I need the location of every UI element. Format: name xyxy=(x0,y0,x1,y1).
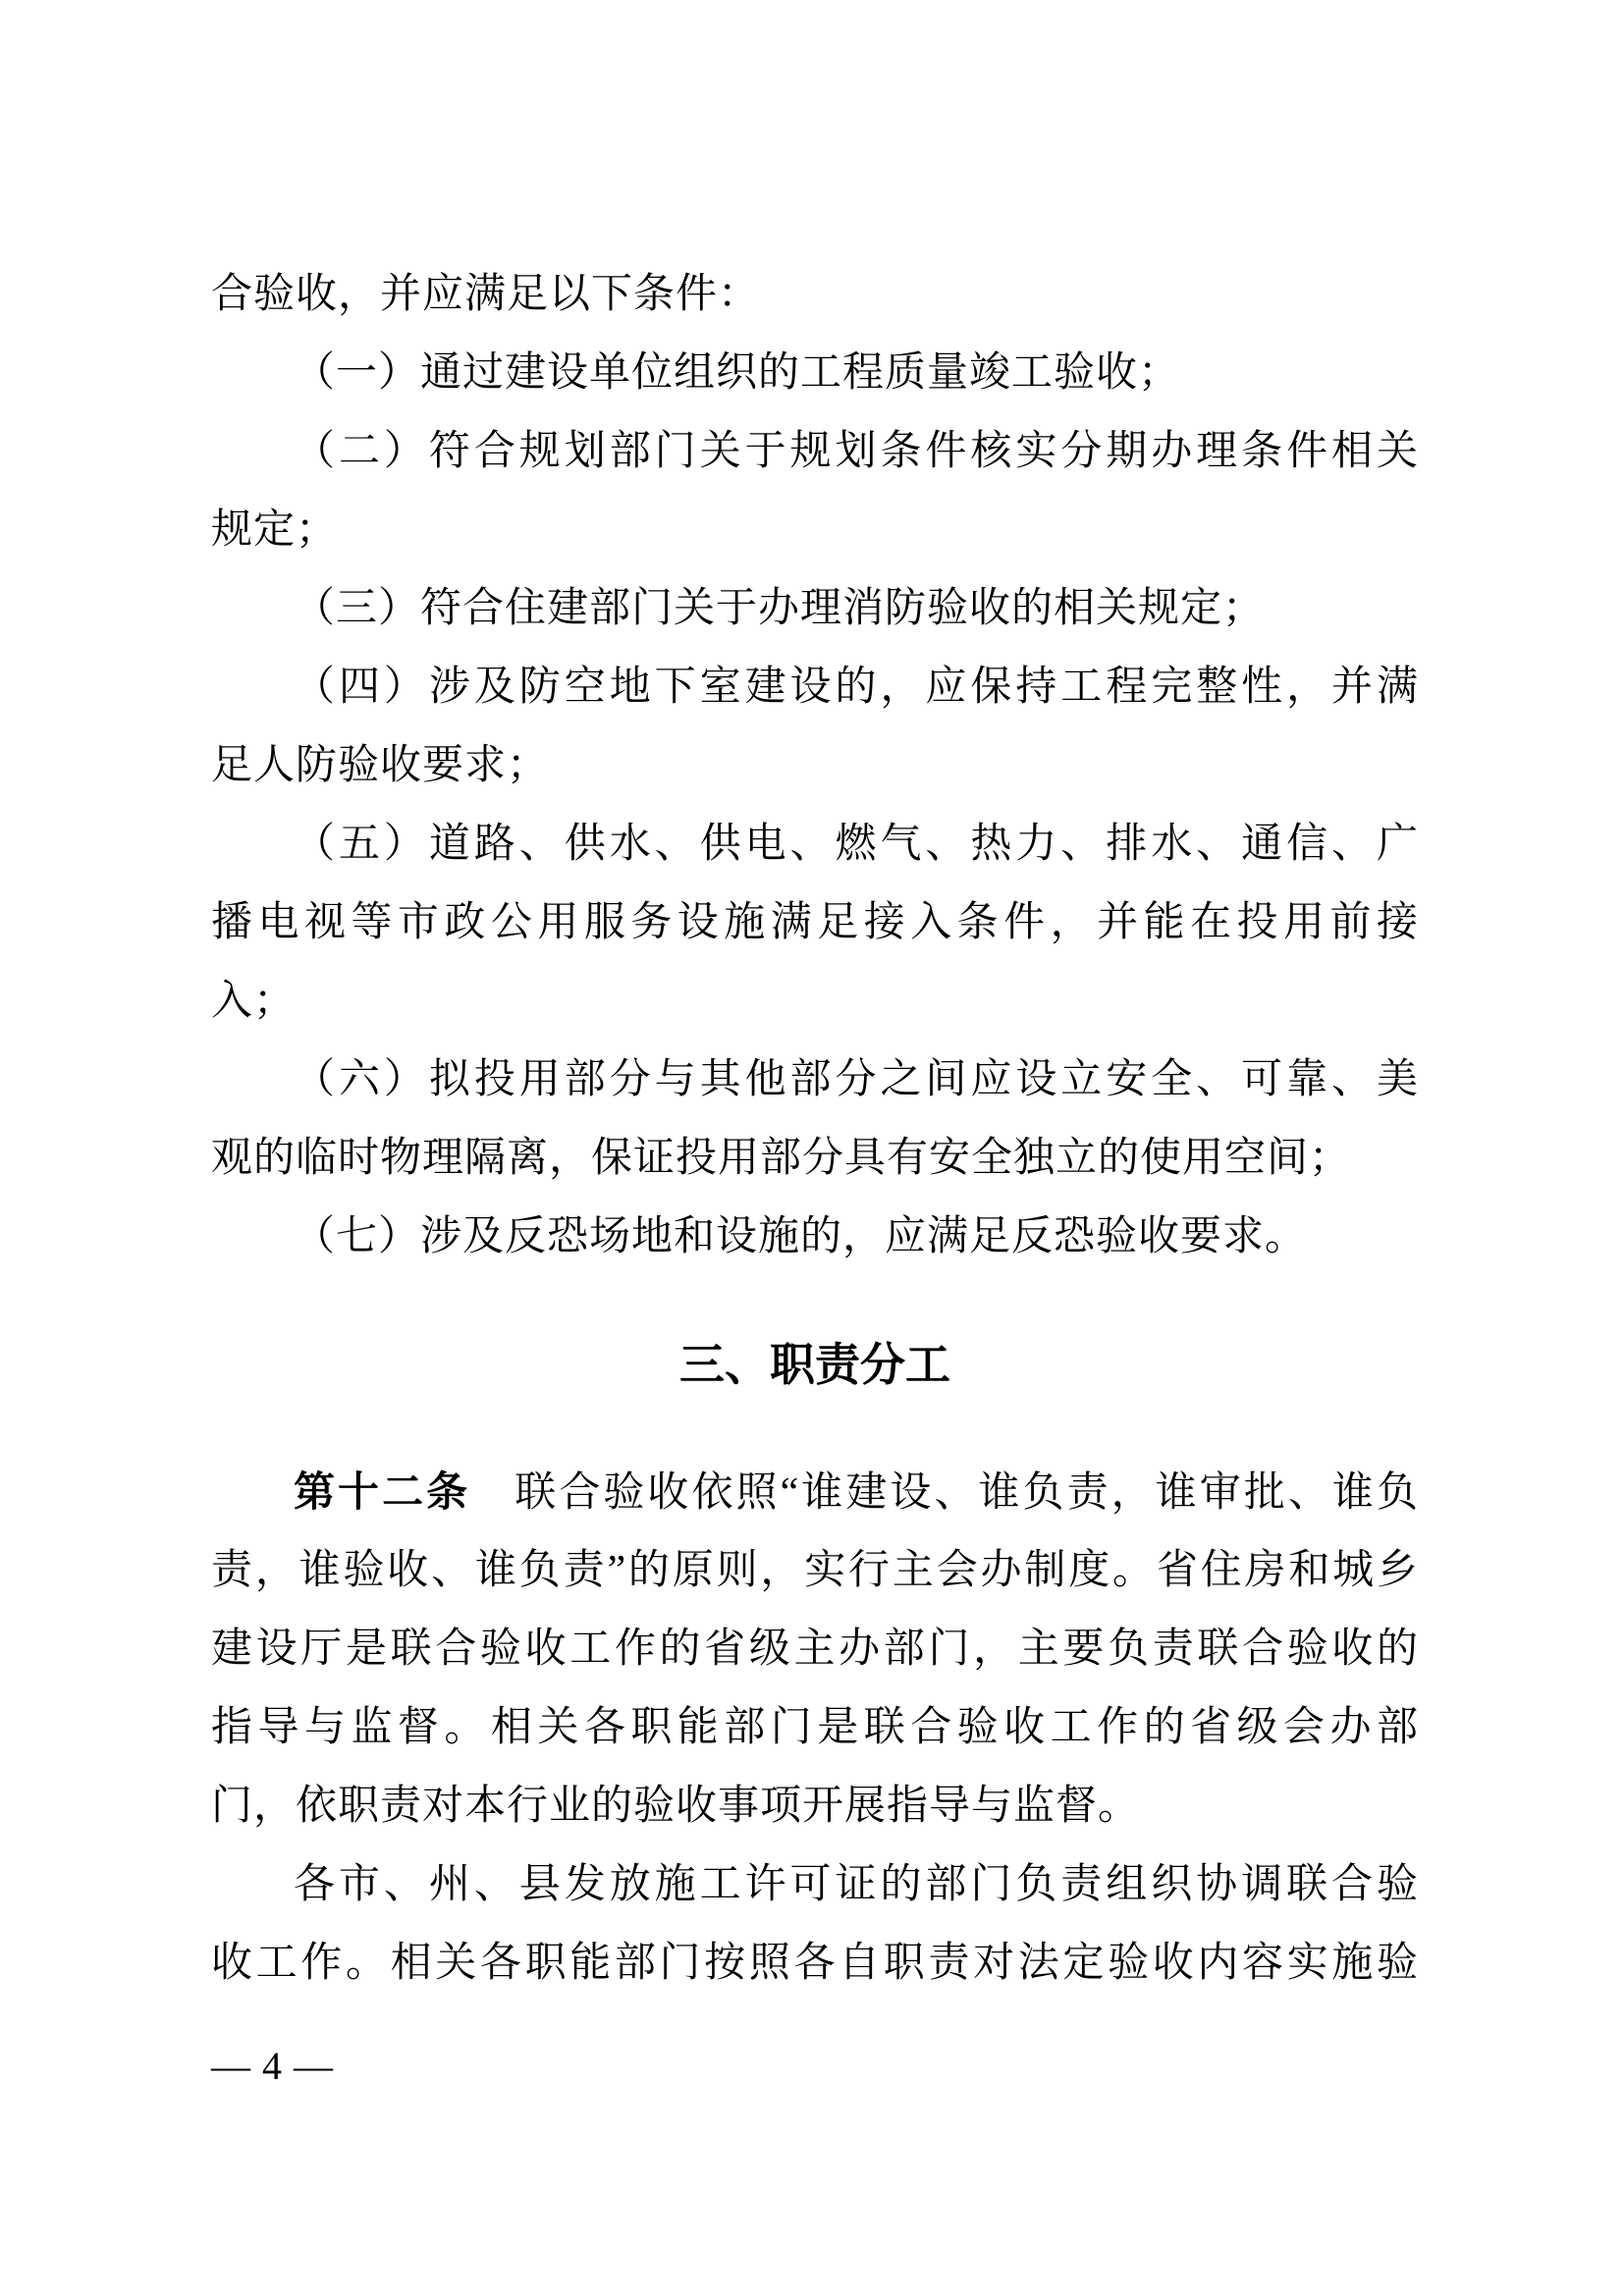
clause-line-2: （二）符合规划部门关于规划条件核实分期办理条件相关 xyxy=(211,412,1419,491)
text-line: 合验收，并应满足以下条件： xyxy=(211,255,1419,334)
article-number-label: 第十二条 xyxy=(294,1468,470,1515)
text-line: 指导与监督。相关各职能部门是联合验收工作的省级会办部 xyxy=(211,1688,1419,1767)
text-line: 责，谁验收、谁负责”的原则，实行主会办制度。省住房和城乡 xyxy=(211,1531,1419,1610)
text-line: 播电视等市政公用服务设施满足接入条件，并能在投用前接 xyxy=(211,883,1419,962)
document-body: 合验收，并应满足以下条件： （一）通过建设单位组织的工程质量竣工验收； （二）符… xyxy=(211,255,1419,2002)
clause-line-5: （五）道路、供水、供电、燃气、热力、排水、通信、广 xyxy=(211,805,1419,883)
section-heading: 三、职责分工 xyxy=(211,1276,1419,1453)
page-number: — 4 — xyxy=(211,2044,334,2088)
text-line: 门，依职责对本行业的验收事项开展指导与监督。 xyxy=(211,1767,1419,1845)
article-12-first-line: 第十二条 联合验收依照“谁建设、谁负责，谁审批、谁负 xyxy=(211,1453,1419,1531)
clause-line-4: （四）涉及防空地下室建设的，应保持工程完整性，并满 xyxy=(211,648,1419,726)
text-line: 足人防验收要求； xyxy=(211,726,1419,805)
text-line: 各市、州、县发放施工许可证的部门负责组织协调联合验 xyxy=(211,1845,1419,1924)
text-line: 观的临时物理隔离，保证投用部分具有安全独立的使用空间； xyxy=(211,1119,1419,1198)
article-text: 联合验收依照“谁建设、谁负责，谁审批、谁负 xyxy=(470,1470,1419,1516)
document-page: 合验收，并应满足以下条件： （一）通过建设单位组织的工程质量竣工验收； （二）符… xyxy=(0,0,1624,2296)
text-line: 收工作。相关各职能部门按照各自职责对法定验收内容实施验 xyxy=(211,1924,1419,2002)
text-line: 入； xyxy=(211,962,1419,1041)
clause-line-6: （六）拟投用部分与其他部分之间应设立安全、可靠、美 xyxy=(211,1041,1419,1119)
clause-line-3: （三）符合住建部门关于办理消防验收的相关规定； xyxy=(211,569,1419,648)
page-footer: — 4 — xyxy=(211,2027,334,2106)
text-line: 规定； xyxy=(211,491,1419,569)
clause-line-7: （七）涉及反恐场地和设施的，应满足反恐验收要求。 xyxy=(211,1198,1419,1276)
clause-line-1: （一）通过建设单位组织的工程质量竣工验收； xyxy=(211,334,1419,412)
text-line: 建设厅是联合验收工作的省级主办部门，主要负责联合验收的 xyxy=(211,1610,1419,1688)
